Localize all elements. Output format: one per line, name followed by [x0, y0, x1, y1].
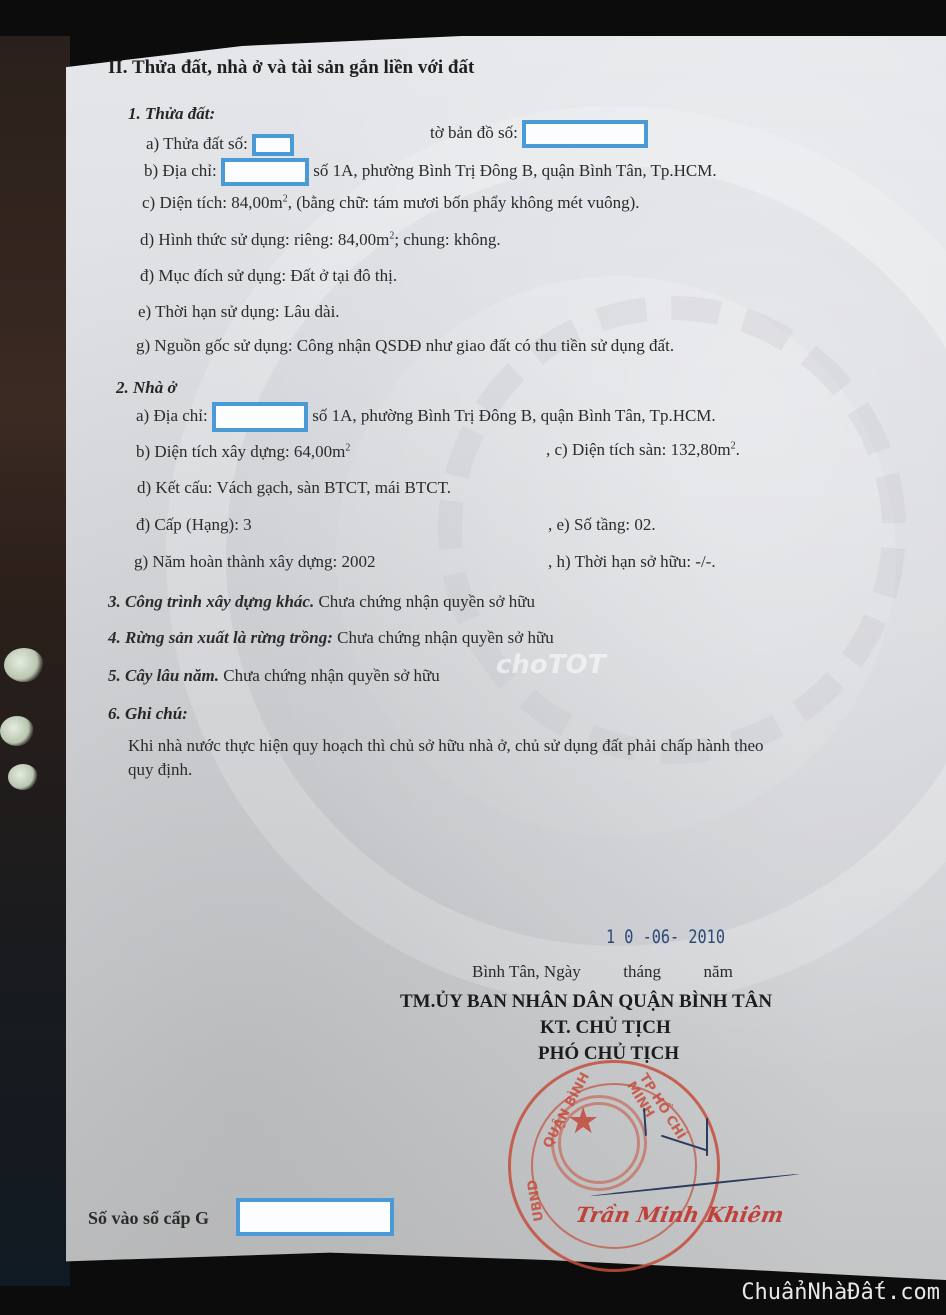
usage-form-private: d) Hình thức sử dụng: riêng: 84,00m [140, 230, 389, 249]
decor-flower [8, 764, 38, 790]
superscript: 2 [345, 442, 350, 453]
land-heading: 1. Thửa đất: [128, 104, 215, 124]
redacted-registry-number [236, 1198, 394, 1236]
registry-label: Số vào sổ cấp G [88, 1208, 209, 1228]
listing-watermark: choTOT [496, 650, 605, 680]
decor-flower [4, 648, 44, 682]
land-address-label: b) Địa chỉ: [144, 161, 217, 180]
signer-role-1: KT. CHỦ TỊCH [540, 1018, 671, 1038]
registry-row: Số vào sổ cấp G [88, 1208, 209, 1228]
forest-value: Chưa chứng nhận quyền sở hữu [333, 628, 554, 647]
parcel-number-label: a) Thửa đất số: [146, 134, 248, 153]
other-works-value: Chưa chứng nhận quyền sở hữu [314, 592, 535, 611]
decor-flower [0, 716, 34, 746]
map-sheet-label: tờ bản đồ số: [430, 123, 518, 142]
land-address-value: số 1A, phường Bình Trị Đông B, quận Bình… [313, 161, 716, 180]
notes-line-1: Khi nhà nước thực hiện quy hoạch thì chủ… [128, 736, 764, 756]
background-surface [0, 36, 70, 1286]
house-heading: 2. Nhà ở [116, 378, 177, 398]
land-area: c) Diện tích: 84,00m2, (bằng chữ: tám mư… [142, 193, 639, 213]
signer-name: Trần Minh Khiêm [574, 1202, 786, 1227]
house-address-label: a) Địa chỉ: [136, 406, 208, 425]
parcel-number-row: a) Thửa đất số: [146, 134, 294, 156]
house-structure: d) Kết cấu: Vách gạch, sàn BTCT, mái BTC… [137, 478, 451, 498]
forest-row: 4. Rừng sản xuất là rừng trồng: Chưa chứ… [108, 628, 554, 648]
usage-form: d) Hình thức sử dụng: riêng: 84,00m2; ch… [140, 230, 501, 250]
map-sheet-row: tờ bản đồ số: [430, 120, 648, 148]
notes-heading: 6. Ghi chú: [108, 704, 188, 724]
land-address-row: b) Địa chỉ: số 1A, phường Bình Trị Đông … [144, 158, 717, 186]
place-date-line: Bình Tân, Ngày tháng năm [472, 962, 733, 982]
built-area: b) Diện tích xây dựng: 64,00m2 [136, 442, 350, 462]
usage-purpose: đ) Mục đích sử dụng: Đất ở tại đô thị. [140, 266, 397, 286]
other-works-heading: 3. Công trình xây dựng khác. [108, 592, 314, 611]
house-grade: đ) Cấp (Hạng): 3 [136, 515, 252, 535]
house-address-row: a) Địa chỉ: số 1A, phường Bình Trị Đông … [136, 402, 716, 432]
perennial-row: 5. Cây lâu năm. Chưa chứng nhận quyền sở… [108, 666, 440, 686]
redacted-land-address [221, 158, 309, 186]
official-seal: ★ QUẬN BÌNH TP HỒ CHÍ MINH UBND [508, 1060, 720, 1272]
perennial-heading: 5. Cây lâu năm. [108, 666, 219, 685]
issuing-authority: TM.ỦY BAN NHÂN DÂN QUẬN BÌNH TÂN [400, 992, 772, 1012]
forest-heading: 4. Rừng sản xuất là rừng trồng: [108, 628, 333, 647]
usage-origin: g) Nguồn gốc sử dụng: Công nhận QSDĐ như… [136, 336, 674, 356]
punctuation: . [736, 440, 740, 459]
built-area-value: b) Diện tích xây dựng: 64,00m [136, 442, 345, 461]
site-watermark: ChuẩnNhàĐất.com [741, 1280, 940, 1305]
usage-term: e) Thời hạn sử dụng: Lâu dài. [138, 302, 340, 322]
perennial-value: Chưa chứng nhận quyền sở hữu [219, 666, 440, 685]
section-title: II. Thửa đất, nhà ở và tài sản gắn liền … [108, 58, 474, 78]
notes-line-2: quy định. [128, 760, 192, 780]
house-floors: , e) Số tầng: 02. [548, 515, 656, 535]
usage-form-shared: ; chung: không. [394, 230, 500, 249]
redacted-parcel-number [252, 134, 294, 156]
other-works-row: 3. Công trình xây dựng khác. Chưa chứng … [108, 592, 535, 612]
house-address-value: số 1A, phường Bình Trị Đông B, quận Bình… [312, 406, 715, 425]
land-area-value: c) Diện tích: 84,00m [142, 193, 283, 212]
land-area-words: , (bằng chữ: tám mươi bốn phẩy không mét… [288, 193, 640, 212]
background-emblem-pattern [438, 296, 906, 764]
floor-area: , c) Diện tích sàn: 132,80m2. [546, 440, 740, 460]
floor-area-value: , c) Diện tích sàn: 132,80m [546, 440, 731, 459]
year-built: g) Năm hoàn thành xây dựng: 2002 [134, 552, 376, 572]
redacted-map-sheet-number [522, 120, 648, 148]
redacted-house-address [212, 402, 308, 432]
date-stamp: 1 0 -06- 2010 [606, 926, 725, 948]
ownership-term: , h) Thời hạn sở hữu: -/-. [548, 552, 716, 572]
